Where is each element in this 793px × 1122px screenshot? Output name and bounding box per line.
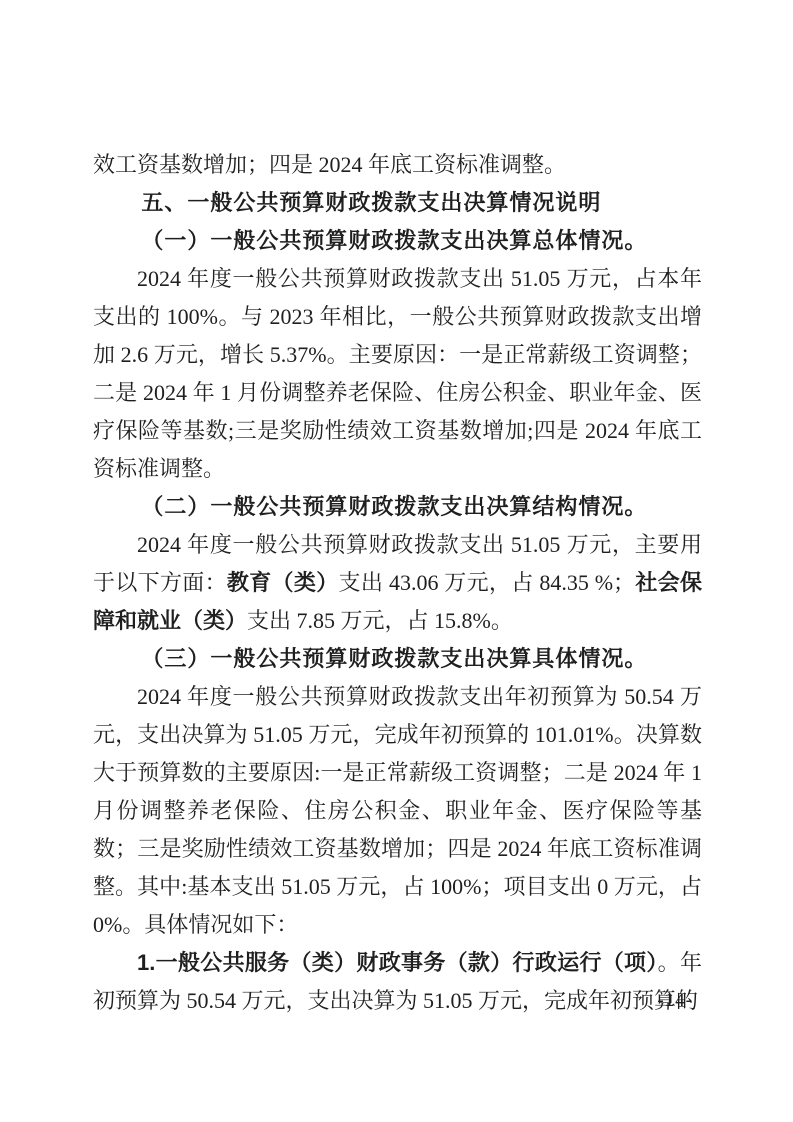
text-run: 2024 年度一般公共预算财政拨款支出 51.05 万元，占本年支出的 100%… [93, 266, 702, 481]
bold-text-run: （一）一般公共预算财政拨款支出决算总体情况。 [141, 228, 647, 253]
paragraph: 2024 年度一般公共预算财政拨款支出 51.05 万元，占本年支出的 100%… [93, 260, 702, 488]
document-page: 效工资基数增加；四是 2024 年底工资标准调整。五、一般公共预算财政拨款支出决… [0, 0, 793, 1122]
text-run: 支出 43.06 万元，占 84.35 %； [339, 570, 636, 595]
text-run: 支出 7.85 万元，占 15.8%。 [247, 608, 513, 633]
section-heading: 五、一般公共预算财政拨款支出决算情况说明 [93, 184, 702, 222]
section-heading: （二）一般公共预算财政拨款支出决算结构情况。 [93, 488, 702, 526]
paragraph: 效工资基数增加；四是 2024 年底工资标准调整。 [93, 146, 702, 184]
document-body: 效工资基数增加；四是 2024 年底工资标准调整。五、一般公共预算财政拨款支出决… [93, 146, 702, 1020]
bold-text-run: 1.一般公共服务（类）财政事务（款）行政运行（项） [137, 950, 658, 975]
section-heading: （一）一般公共预算财政拨款支出决算总体情况。 [93, 222, 702, 260]
paragraph: 2024 年度一般公共预算财政拨款支出 51.05 万元，主要用于以下方面：教育… [93, 526, 702, 640]
bold-text-run: 教育（类） [227, 570, 339, 595]
bold-text-run: 五、一般公共预算财政拨款支出决算情况说明 [141, 190, 601, 215]
bold-text-run: （三）一般公共预算财政拨款支出决算具体情况。 [141, 646, 647, 671]
bold-text-run: （二）一般公共预算财政拨款支出决算结构情况。 [141, 494, 647, 519]
paragraph: 2024 年度一般公共预算财政拨款支出年初预算为 50.54 万元，支出决算为 … [93, 678, 702, 944]
page-number: -14- [657, 990, 693, 1012]
section-heading: （三）一般公共预算财政拨款支出决算具体情况。 [93, 640, 702, 678]
paragraph: 1.一般公共服务（类）财政事务（款）行政运行（项）。年初预算为 50.54 万元… [93, 944, 702, 1020]
text-run: 效工资基数增加；四是 2024 年底工资标准调整。 [93, 152, 566, 177]
text-run: 2024 年度一般公共预算财政拨款支出年初预算为 50.54 万元，支出决算为 … [93, 684, 702, 937]
